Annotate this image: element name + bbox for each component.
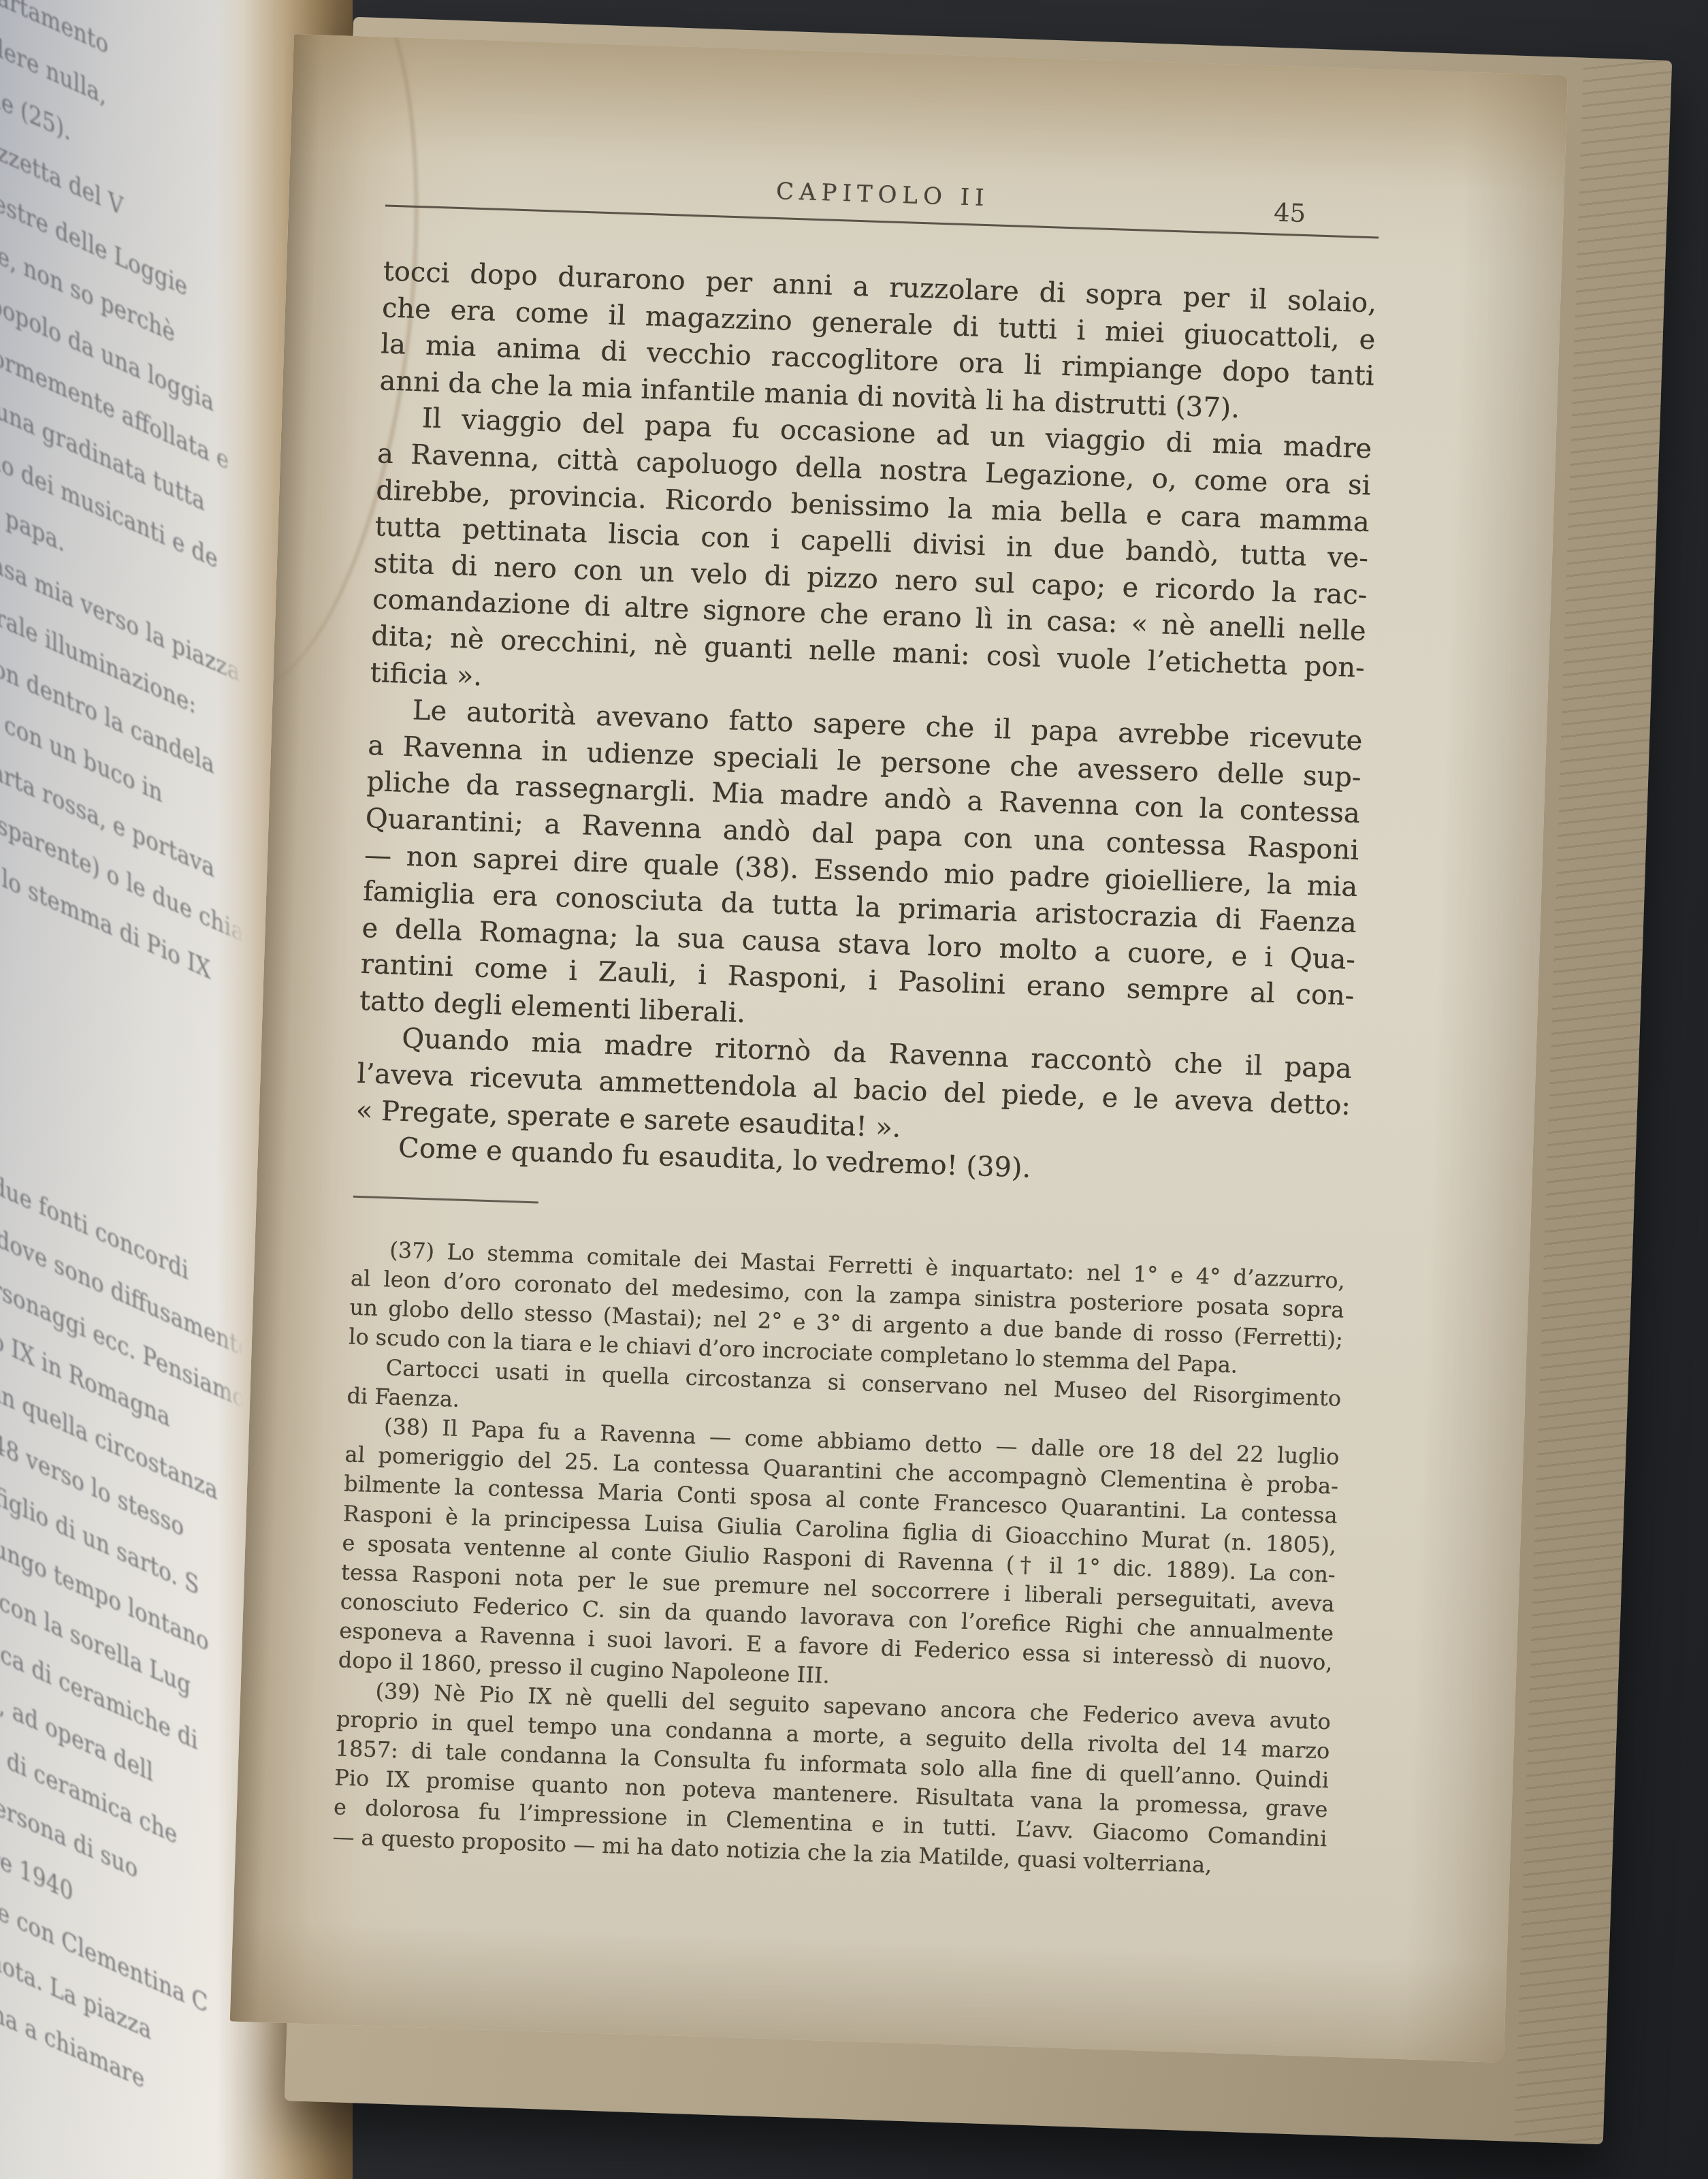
running-head: CAPITOLO II 45 xyxy=(385,165,1380,249)
main-text: tocci dopo durarono per anni a ruzzolare… xyxy=(354,253,1376,1197)
right-page: CAPITOLO II 45 tocci dopo durarono per a… xyxy=(230,34,1568,2063)
page-number: 45 xyxy=(1274,198,1306,228)
open-book-photo: tre ill’appartamentovedere nulla,usione … xyxy=(0,0,1708,2179)
footnotes: (37) Lo stemma comitale dei Mastai Ferre… xyxy=(332,1235,1346,1884)
footnote-separator xyxy=(353,1196,538,1204)
page-content: CAPITOLO II 45 tocci dopo durarono per a… xyxy=(236,34,1384,1883)
chapter-title: CAPITOLO II xyxy=(386,165,1381,224)
